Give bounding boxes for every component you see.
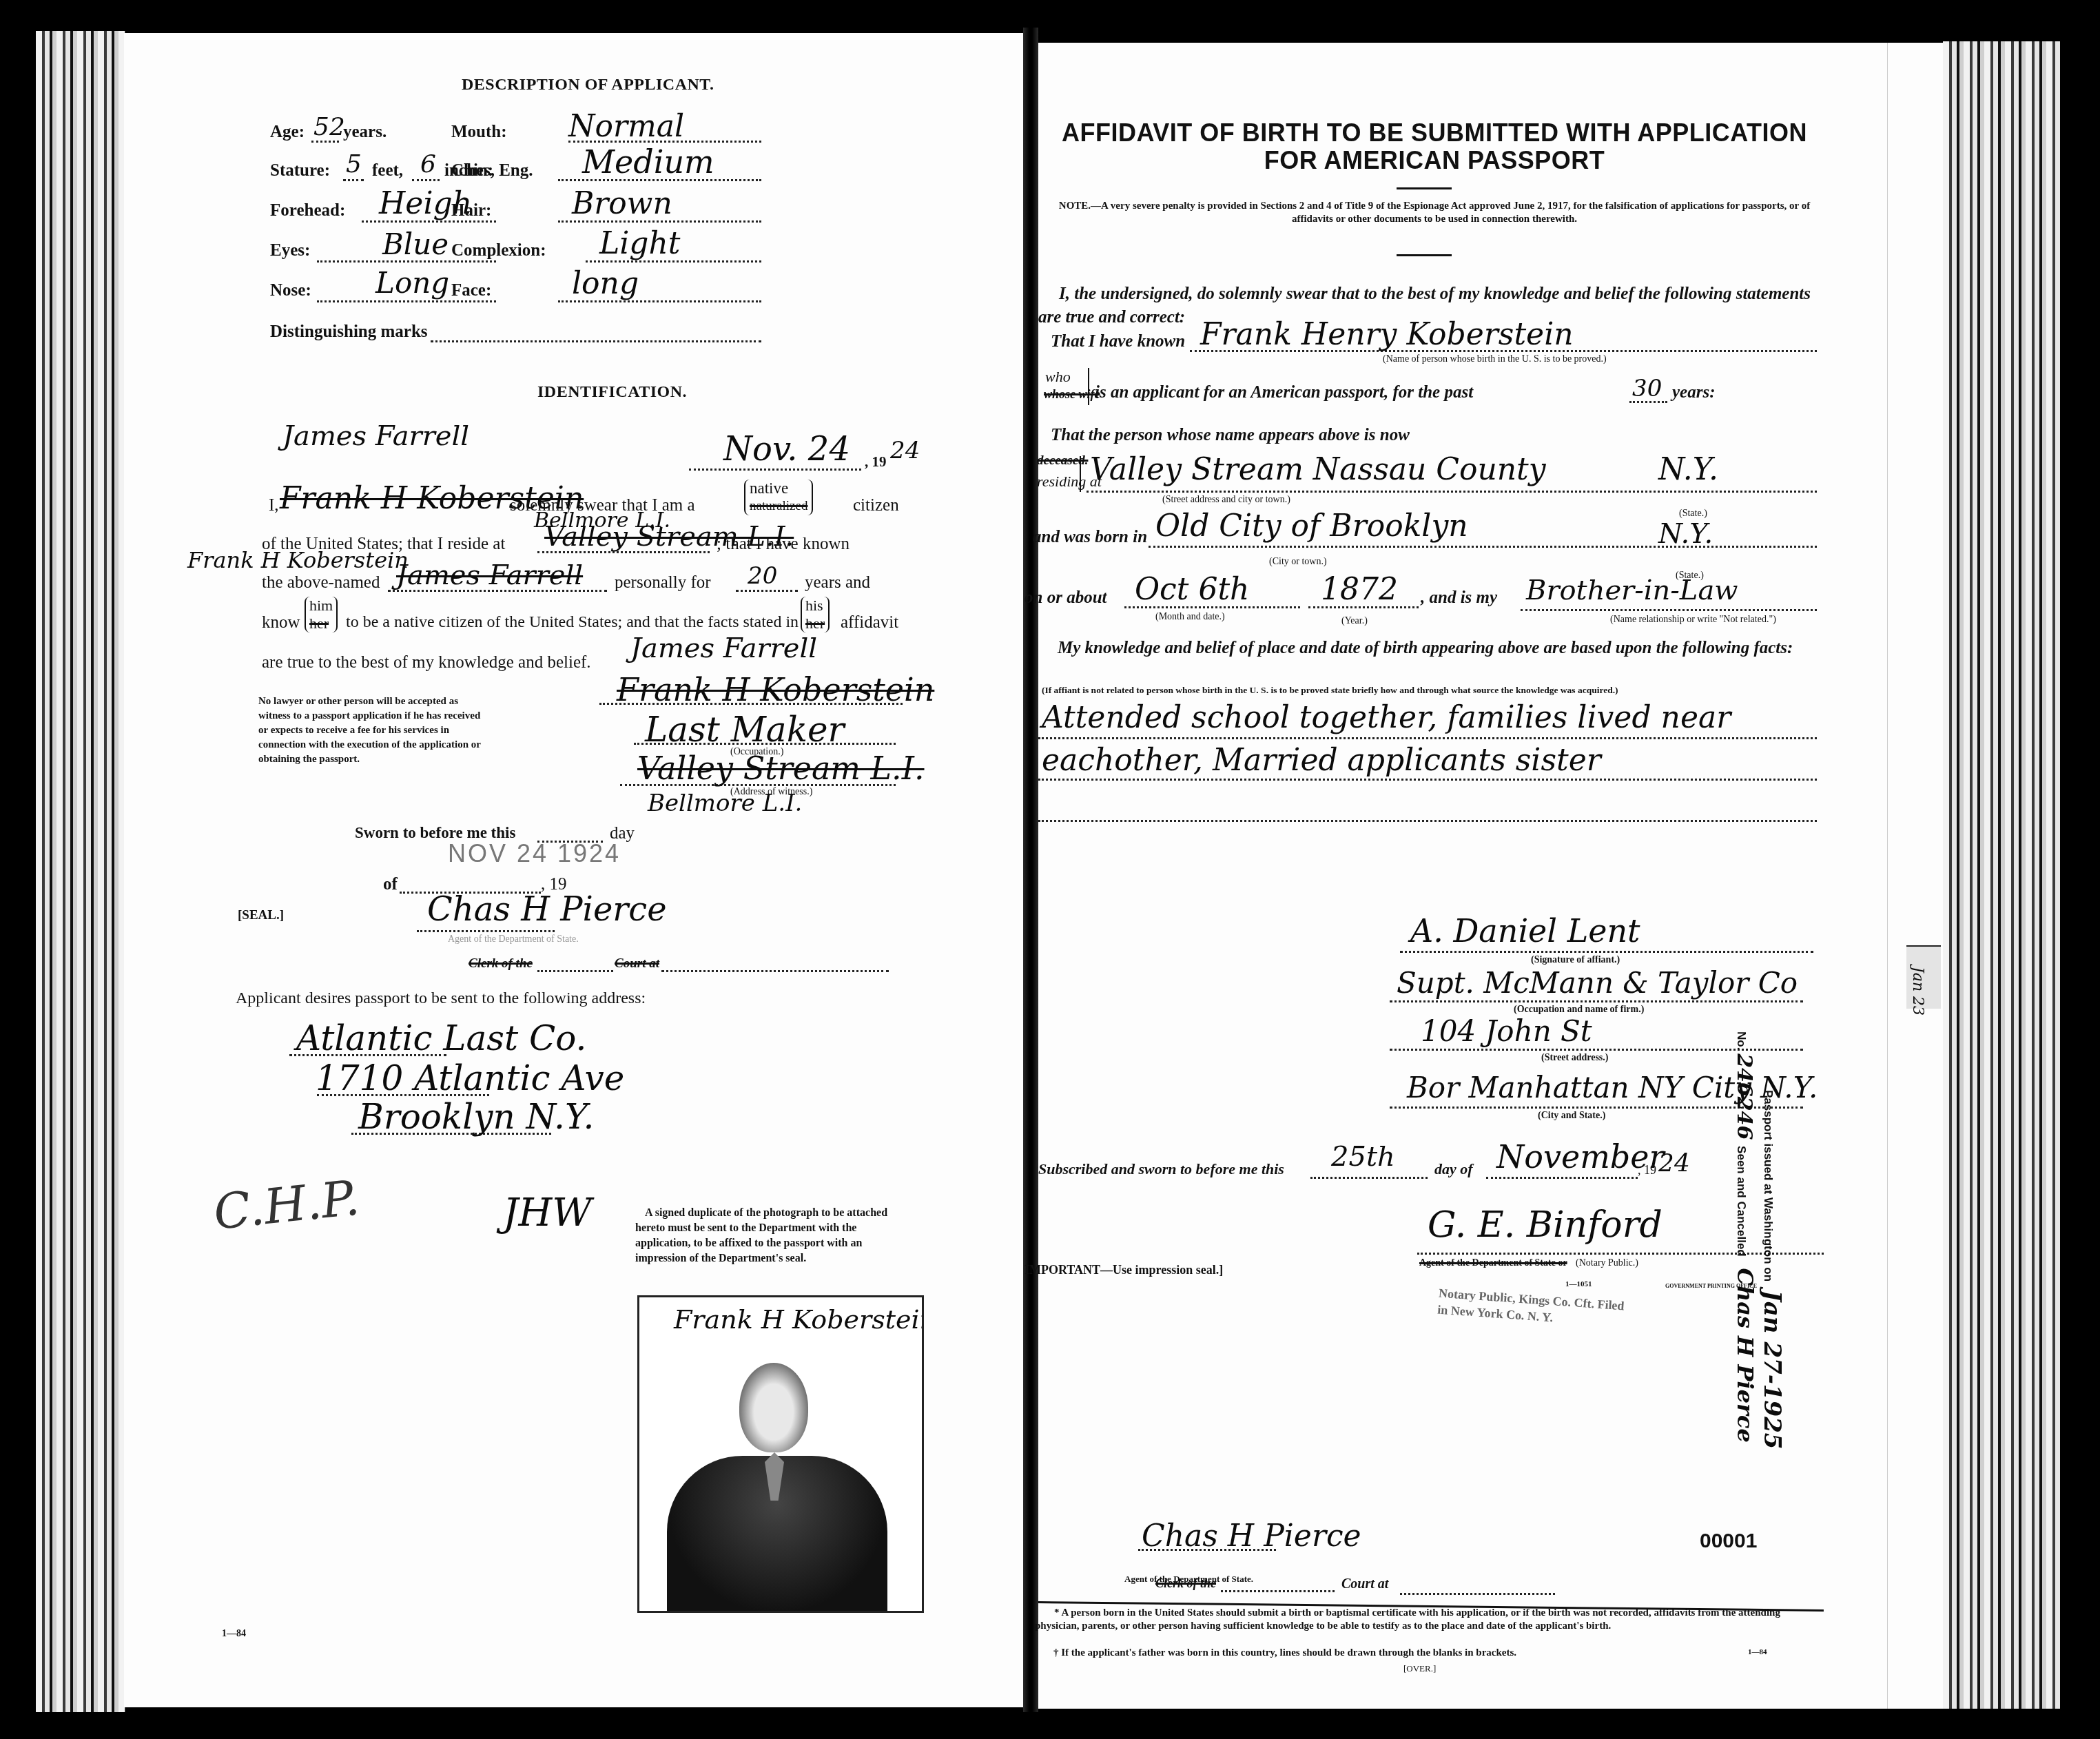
date-stamp: NOV 24 1924 — [448, 839, 621, 868]
passport-issued-margin: Passport issued at Washington on Jan 27-… — [1731, 1090, 1786, 1614]
her-option: her — [309, 615, 333, 632]
above-named-struck: James Farrell — [396, 559, 583, 591]
native-citizen-text: to be a native citizen of the United Sta… — [346, 613, 799, 632]
initials-left: C.H.P. — [211, 1169, 362, 1241]
native-option: native — [750, 480, 807, 497]
notary-caption: (Notary Public.) — [1576, 1258, 1638, 1269]
mailing-address-intro: Applicant desires passport to be sent to… — [236, 989, 646, 1008]
identification-date: Nov. 24 — [723, 430, 850, 469]
affiant-signature: A. Daniel Lent — [1410, 912, 1640, 949]
sworn-of-label: of — [383, 875, 398, 894]
witness-struck-signature: Frank H Koberstein — [617, 671, 934, 708]
lawyer-note: No lawyer or other person will be accept… — [258, 694, 486, 767]
seal-label: [SEAL.] — [238, 908, 284, 923]
affiant-signature-caption: (Signature of affiant.) — [1531, 955, 1620, 966]
relationship-caption: (Name relationship or write "Not related… — [1610, 615, 1776, 626]
nose-label: Nose: — [270, 281, 311, 300]
passport-issued-text: Passport issued at Washington on — [1762, 1090, 1775, 1282]
title-divider-1 — [1397, 187, 1452, 189]
hair-value: Brown — [572, 186, 672, 221]
clerk-signature: Chas H Pierce — [427, 890, 667, 929]
identification-title: IDENTIFICATION. — [537, 383, 687, 402]
feet-label: feet, — [372, 161, 403, 181]
description-title: DESCRIPTION OF APPLICANT. — [462, 76, 714, 94]
facts-line-1: Attended school together, families lived… — [1042, 700, 1731, 735]
mouth-value: Normal — [568, 109, 684, 144]
identification-year-prefix: , 19 — [865, 453, 887, 471]
important-seal-note: IMPORTANT—Use impression seal.] — [1025, 1262, 1223, 1277]
affiant-years-known: 30 — [1632, 375, 1662, 402]
witness-name-above: James Farrell — [282, 420, 469, 452]
basis-text: My knowledge and belief of place and dat… — [1038, 637, 1817, 660]
address-line-3: Brooklyn N.Y. — [358, 1097, 594, 1137]
nose-value: Long — [375, 266, 449, 300]
street-city-caption: (Street address and city or town.) — [1162, 495, 1290, 506]
affidavit-title-line-1: AFFIDAVIT OF BIRTH TO BE SUBMITTED WITH … — [1038, 119, 1831, 147]
affiant-street-caption: (Street address.) — [1541, 1053, 1608, 1064]
bottom-clerk-of-the: Clerk of the — [1155, 1576, 1216, 1591]
age-label: Age: — [270, 123, 305, 142]
clerk-of-the-label: Clerk of the — [469, 956, 533, 971]
subscribed-text: Subscribed and sworn to before me this — [1038, 1160, 1284, 1178]
agent-caption: Agent of the Department of State. — [448, 934, 579, 945]
native-naturalized-bracket: native naturalized — [744, 480, 813, 515]
notary-stamp: Notary Public, Kings Co. Cft. Filed in N… — [1437, 1285, 1625, 1331]
witness-address-struck: Valley Stream L.I. — [637, 750, 925, 787]
margin-fold-line — [1887, 43, 1888, 1709]
subscribed-year-value: 24 — [1658, 1149, 1690, 1177]
margin-tab-text: Jan 23 — [1909, 967, 1926, 1016]
known-text: ; that I have known — [717, 535, 850, 554]
seen-cancelled-text: Seen and Cancelled — [1735, 1146, 1748, 1257]
mouth-label: Mouth: — [451, 123, 507, 142]
years-label: years: — [1672, 383, 1715, 402]
person-now-text: That the person whose name appears above… — [1051, 426, 1410, 445]
right-page-stack-edges — [1943, 41, 2060, 1709]
footnote-birth-certificate: * A person born in the United States sho… — [1035, 1607, 1824, 1633]
right-page: AFFIDAVIT OF BIRTH TO BE SUBMITTED WITH … — [1038, 43, 1943, 1709]
right-form-number: 1—84 — [1748, 1648, 1767, 1656]
distinguishing-marks-label: Distinguishing marks — [270, 322, 428, 342]
who-option: who — [1045, 368, 1071, 386]
complexion-label: Complexion: — [451, 241, 546, 260]
face-label: Face: — [451, 281, 491, 300]
cancel-signature: Chas H Pierce — [1732, 1268, 1758, 1442]
over-label: [OVER.] — [1403, 1663, 1436, 1674]
left-form-number: 1—84 — [222, 1629, 246, 1640]
hair-label: Hair: — [451, 201, 491, 220]
passport-number-label: No. — [1735, 1031, 1748, 1050]
address-line-1: Atlantic Last Co. — [296, 1018, 586, 1058]
i-label: I, — [269, 496, 279, 515]
month-date-caption: (Month and date.) — [1155, 612, 1225, 623]
affidavit-label: affidavit — [841, 613, 898, 632]
years-and-label: years and — [805, 573, 870, 593]
his-option: his — [805, 597, 825, 615]
occupation-value: Last Maker — [645, 710, 844, 750]
chin-label: Chin: — [451, 161, 493, 181]
age-years-label: years. — [343, 123, 387, 142]
photo-signature: Frank H Koberstein — [674, 1304, 924, 1335]
facts-line-2: eachother, Married applicants sister — [1042, 743, 1601, 778]
court-at-label: Court at — [615, 956, 659, 971]
born-state-value: N.Y. — [1658, 518, 1713, 550]
subscribed-year-prefix: , 19 — [1638, 1163, 1656, 1177]
him-her-bracket: him her — [305, 597, 338, 632]
known-label: That I have known — [1051, 332, 1185, 351]
affiant-street: 104 John St — [1421, 1014, 1592, 1048]
left-page-stack-edges — [36, 31, 125, 1712]
face-value: long — [572, 266, 639, 301]
forehead-label: Forehead: — [270, 201, 345, 220]
true-belief-text: are true to the best of my knowledge and… — [262, 653, 591, 672]
year-caption: (Year.) — [1341, 616, 1368, 627]
whose-wife-option: whose wife — [1044, 387, 1100, 402]
witness-signature: James Farrell — [630, 632, 817, 664]
affiant-city-state-caption: (City and State.) — [1538, 1111, 1605, 1122]
personally-for-label: personally for — [615, 573, 711, 593]
known-person-caption: (Name of person whose birth in the U. S.… — [1383, 354, 1607, 365]
who-bracket — [1088, 368, 1089, 405]
stature-inches-value: 6 — [420, 150, 436, 178]
passport-issued-date: Jan 27-1925 — [1758, 1290, 1786, 1450]
book-spine — [1023, 28, 1038, 1712]
identification-year: 24 — [890, 437, 920, 464]
stature-feet-value: 5 — [346, 150, 362, 178]
footnote-father: † If the applicant's father was born in … — [1053, 1645, 1516, 1660]
years-known-value: 20 — [748, 562, 777, 590]
residence-state: N.Y. — [1658, 452, 1718, 487]
birth-year-value: 1872 — [1321, 572, 1398, 607]
espionage-note: NOTE.—A very severe penalty is provided … — [1038, 200, 1831, 226]
known-inserted-name: Frank H Koberstein — [187, 547, 409, 573]
chin-value: Medium — [582, 143, 714, 181]
witness-address-new: Bellmore L.I. — [648, 790, 802, 817]
notary-signature: G. E. Binford — [1428, 1204, 1662, 1246]
bottom-court-at: Court at — [1341, 1576, 1388, 1592]
form-code: 1—1051 — [1565, 1280, 1592, 1288]
address-line-2: 1710 Atlantic Ave — [316, 1058, 624, 1098]
subscribed-day-value: 25th — [1331, 1141, 1395, 1173]
him-option: him — [309, 597, 333, 615]
eyes-value: Blue — [382, 227, 449, 261]
passport-number-value: 246246 — [1732, 1053, 1756, 1140]
stature-label: Stature: — [270, 161, 330, 181]
applicant-text: is an applicant for an American passport… — [1095, 383, 1473, 402]
and-is-my-label: , and is my — [1421, 588, 1497, 608]
birth-date-value: Oct 6th — [1135, 572, 1249, 607]
affiant-occupation: Supt. McMann & Taylor Co — [1397, 966, 1798, 1000]
initials-right: JHW — [503, 1191, 592, 1235]
naturalized-option: naturalized — [750, 497, 807, 515]
applicant-photo: Frank H Koberstein — [637, 1295, 924, 1613]
relationship-value: Brother-in-Law — [1526, 575, 1738, 606]
born-city-value: Old City of Brooklyn — [1155, 508, 1468, 544]
basis-caption: (If affiant is not related to person who… — [1042, 685, 1618, 696]
eyes-label: Eyes: — [270, 241, 310, 260]
city-town-caption: (City or town.) — [1269, 557, 1327, 568]
residing-bracket — [1080, 456, 1081, 492]
above-named-label: the above-named — [262, 573, 380, 593]
day-of-label: day of — [1434, 1160, 1473, 1178]
on-or-about-label: on or about — [1025, 588, 1106, 608]
affidavit-title-line-2: FOR AMERICAN PASSPORT — [1038, 146, 1831, 175]
his-her-bracket: his her — [801, 597, 830, 632]
complexion-value: Light — [599, 226, 680, 261]
know-label: know — [262, 613, 300, 632]
title-divider-2 — [1397, 254, 1452, 256]
her2-option: her — [805, 615, 825, 632]
bottom-clerk-signature: Chas H Pierce — [1142, 1519, 1361, 1554]
citizen-label: citizen — [853, 496, 899, 515]
notary-caption-struck: Agent of the Department of State or — [1419, 1258, 1567, 1269]
photo-instruction-note: A signed duplicate of the photograph to … — [635, 1206, 911, 1266]
portrait-head — [739, 1363, 808, 1452]
age-value: 52 — [313, 113, 345, 141]
left-page: DESCRIPTION OF APPLICANT. Age: 52 years.… — [124, 33, 1028, 1707]
margin-tab: Jan 23 — [1906, 945, 1941, 1009]
residence-value: Valley Stream Nassau County — [1090, 452, 1546, 487]
born-in-label: and was born in — [1033, 528, 1147, 547]
known-person-name: Frank Henry Koberstein — [1200, 317, 1574, 352]
